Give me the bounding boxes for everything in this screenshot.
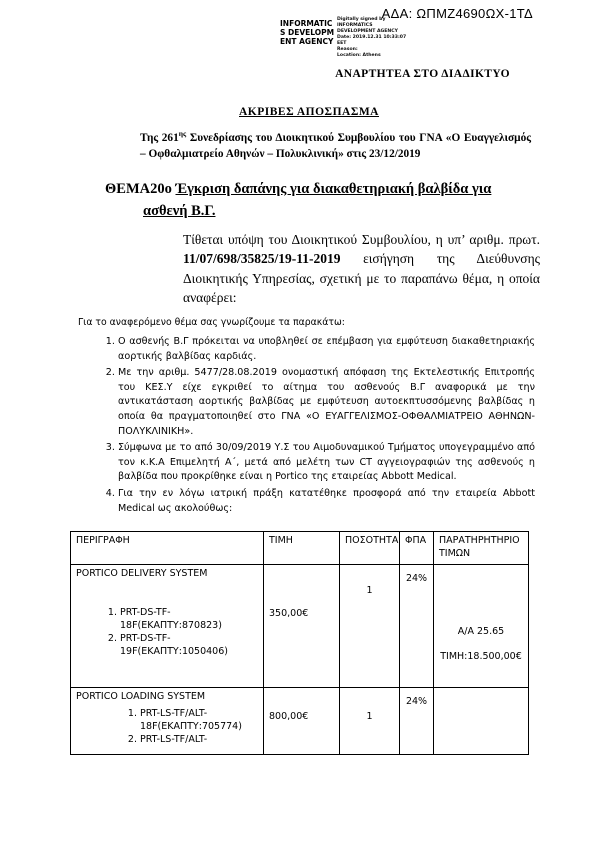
offer-table: ΠΕΡΙΓΡΑΦΗ ΤΙΜΗ ΠΟΣΟΤΗΤΑ ΦΠΑ ΠΑΡΑΤΗΡΗΤΗΡΙ… xyxy=(70,531,529,755)
description-cell: PORTICO LOADING SYSTEM PRT-LS-TF/ALT-18F… xyxy=(71,688,264,755)
signature-line: Location: Athens xyxy=(337,53,427,59)
product-code: PRT-LS-TF/ALT-18F(ΕΚΑΠΤΥ:705774) xyxy=(140,708,258,734)
session-reference: Της 261ης Συνεδρίασης του Διοικητικού Συ… xyxy=(140,126,531,163)
table-header-row: ΠΕΡΙΓΡΑΦΗ ΤΙΜΗ ΠΟΣΟΤΗΤΑ ΦΠΑ ΠΑΡΑΤΗΡΗΤΗΡΙ… xyxy=(71,532,529,565)
list-item: Ο ασθενής Β.Γ πρόκειται να υποβληθεί σε … xyxy=(118,335,535,364)
list-item: Σύμφωνα με το από 30/09/2019 Υ.Σ του Αιμ… xyxy=(118,441,535,485)
vat-value: 24% xyxy=(405,573,428,586)
observatory-cell xyxy=(434,688,529,755)
list-item: Για την εν λόγω ιατρική πράξη κατατέθηκε… xyxy=(118,487,535,516)
col-header-vat: ΦΠΑ xyxy=(400,532,434,565)
price-value: 350,00€ xyxy=(269,608,334,621)
col-header-price: ΤΙΜΗ xyxy=(264,532,340,565)
price-value: 800,00€ xyxy=(269,711,334,724)
product-code-list: PRT-LS-TF/ALT-18F(ΕΚΑΠΤΥ:705774) PRT-LS-… xyxy=(76,708,258,747)
web-posting-notice: ΑΝΑΡΤΗΤΕΑ ΣΤΟ ΔΙΑΔΙΚΤΥΟ xyxy=(335,68,510,80)
product-code: PRT-LS-TF/ALT- xyxy=(140,734,258,747)
signer-agency-name: INFORMATICS DEVELOPMENT AGENCY xyxy=(280,19,336,46)
quantity-value: 1 xyxy=(345,585,394,598)
observatory-cell: Α/Α 25.65 ΤΙΜΗ:18.500,00€ xyxy=(434,565,529,688)
digital-signature-stamp: Digitally signed by INFORMATICS DEVELOPM… xyxy=(337,17,427,59)
product-code: PRT-DS-TF-18F(ΕΚΑΠΤΥ:870823) xyxy=(120,607,258,633)
subject-label: ΘΕΜΑ20ο xyxy=(105,181,172,197)
vat-cell: 24% xyxy=(400,565,434,688)
vat-cell: 24% xyxy=(400,688,434,755)
session-text-after: Συνεδρίασης του Διοικητικού Συμβουλίου τ… xyxy=(140,132,531,161)
facts-list: Ο ασθενής Β.Γ πρόκειται να υποβληθεί σε … xyxy=(78,335,535,518)
product-code-list: PRT-DS-TF-18F(ΕΚΑΠΤΥ:870823) PRT-DS-TF-1… xyxy=(76,607,258,659)
price-cell: 350,00€ xyxy=(264,565,340,688)
observatory-price: ΤΙΜΗ:18.500,00€ xyxy=(439,651,523,664)
product-code: PRT-DS-TF-19F(ΕΚΑΠΤΥ:1050406) xyxy=(120,633,258,659)
price-cell: 800,00€ xyxy=(264,688,340,755)
intro-text-before: Τίθεται υπόψη του Διοικητικού Συμβουλίου… xyxy=(183,232,540,247)
exact-extract-heading: ΑΚΡΙΒΕΣ ΑΠΟΣΠΑΣΜΑ xyxy=(239,106,379,118)
intro-paragraph: Τίθεται υπόψη του Διοικητικού Συμβουλίου… xyxy=(183,230,540,307)
observatory-reference: Α/Α 25.65 xyxy=(439,626,523,639)
col-header-description: ΠΕΡΙΓΡΑΦΗ xyxy=(71,532,264,565)
product-title: PORTICO LOADING SYSTEM xyxy=(76,691,258,704)
subject-title: Έγκριση δαπάνης για διακαθετηριακή βαλβί… xyxy=(143,181,491,219)
subject-heading: ΘΕΜΑ20ο Έγκριση δαπάνης για διακαθετηρια… xyxy=(105,178,533,222)
col-header-price-observatory: ΠΑΡΑΤΗΡΗΤΗΡΙΟ ΤΙΜΩΝ xyxy=(434,532,529,565)
quantity-cell: 1 xyxy=(340,565,400,688)
quantity-cell: 1 xyxy=(340,688,400,755)
list-lead-sentence: Για το αναφερόμενο θέμα σας γνωρίζουμε τ… xyxy=(78,317,345,328)
table-row: PORTICO DELIVERY SYSTEM PRT-DS-TF-18F(ΕΚ… xyxy=(71,565,529,688)
protocol-number: 11/07/698/35825/19-11-2019 xyxy=(183,251,341,266)
product-title: PORTICO DELIVERY SYSTEM xyxy=(76,568,258,581)
quantity-value: 1 xyxy=(345,711,394,724)
session-text-before: Της 261 xyxy=(140,132,179,144)
document-page: ΑΔΑ: ΩΠΜΖ4690ΩΧ-1ΤΔ INFORMATICS DEVELOPM… xyxy=(0,0,595,842)
col-header-quantity: ΠΟΣΟΤΗΤΑ xyxy=(340,532,400,565)
vat-value: 24% xyxy=(405,696,428,709)
table-row: PORTICO LOADING SYSTEM PRT-LS-TF/ALT-18F… xyxy=(71,688,529,755)
description-cell: PORTICO DELIVERY SYSTEM PRT-DS-TF-18F(ΕΚ… xyxy=(71,565,264,688)
list-item: Με την αριθμ. 5477/28.08.2019 ονομαστική… xyxy=(118,366,535,439)
